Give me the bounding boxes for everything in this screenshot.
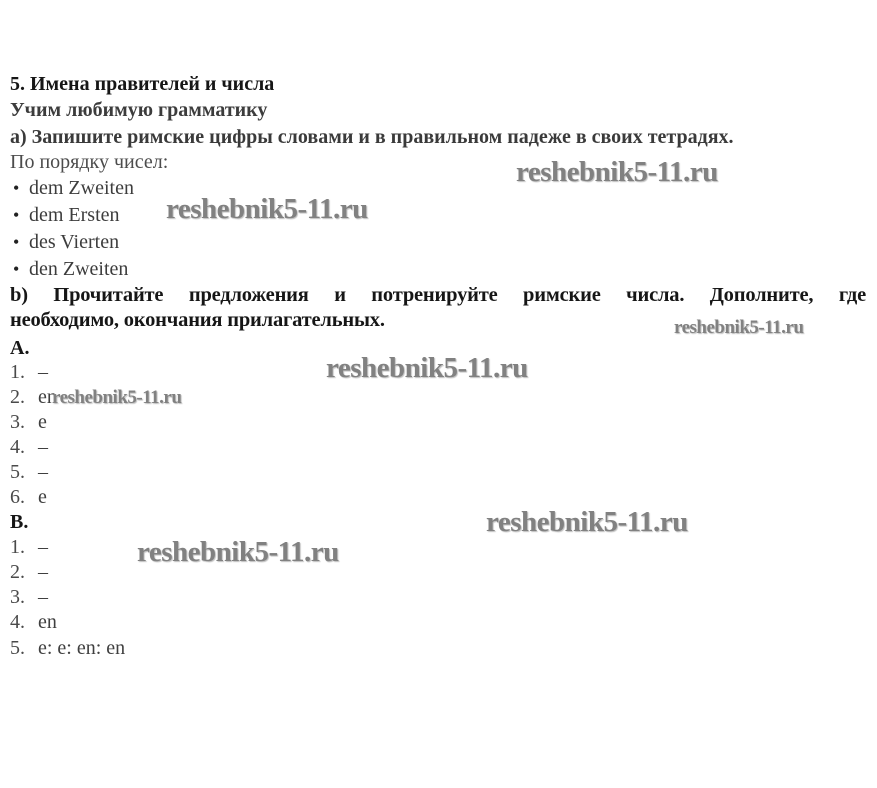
answer-value: – — [38, 461, 48, 483]
task-b-heading-line2: необходимо, окончания прилагательных. — [10, 309, 385, 332]
answer-number: 5. — [10, 461, 38, 484]
answer-number: 1. — [10, 361, 38, 384]
answer-number: 6. — [10, 486, 38, 509]
answer-value: – — [38, 561, 48, 583]
answer-number: 4. — [10, 611, 38, 634]
bullet-item-label: des Vierten — [29, 231, 119, 253]
bullet-item: •den Zweiten — [13, 258, 128, 281]
answer-value: – — [38, 436, 48, 458]
answer-value: e: e: en: en — [38, 637, 125, 659]
answer-value: e — [38, 411, 47, 433]
bullet-item-label: dem Ersten — [29, 204, 120, 226]
answer-value: en — [38, 611, 57, 633]
bullet-icon: • — [13, 259, 29, 280]
task-a-intro: По порядку чисел: — [10, 151, 168, 174]
answer-item: 3.e — [10, 411, 47, 434]
answer-number: 2. — [10, 386, 38, 409]
task-a-heading: а) Запишите римские цифры словами и в пр… — [10, 126, 734, 149]
bullet-item: •dem Ersten — [13, 204, 120, 227]
document-page: 5. Имена правителей и числа Учим любимую… — [0, 0, 877, 788]
answer-number: 3. — [10, 586, 38, 609]
answer-item: 1.– — [10, 361, 48, 384]
bullet-icon: • — [13, 232, 29, 253]
watermark: reshebnik5-11.ru — [52, 387, 181, 409]
answer-number: 2. — [10, 561, 38, 584]
watermark: reshebnik5-11.ru — [137, 536, 339, 569]
bullet-item-label: dem Zweiten — [29, 177, 134, 199]
answer-item: 2.– — [10, 561, 48, 584]
answer-number: 4. — [10, 436, 38, 459]
answer-value: – — [38, 586, 48, 608]
bullet-icon: • — [13, 205, 29, 226]
answer-item: 5.– — [10, 461, 48, 484]
answer-item: 3.– — [10, 586, 48, 609]
doc-title: 5. Имена правителей и числа — [10, 73, 274, 96]
answer-item: 5.e: e: en: en — [10, 637, 125, 660]
answer-number: 1. — [10, 536, 38, 559]
section-a-label: А. — [10, 337, 29, 360]
answer-item: 6.e — [10, 486, 47, 509]
watermark: reshebnik5-11.ru — [326, 352, 528, 385]
watermark: reshebnik5-11.ru — [674, 317, 803, 339]
bullet-item: •dem Zweiten — [13, 177, 134, 200]
answer-value: e — [38, 486, 47, 508]
bullet-icon: • — [13, 178, 29, 199]
answer-item: 4.– — [10, 436, 48, 459]
answer-item: 2.en — [10, 386, 57, 409]
section-b-label: В. — [10, 511, 28, 534]
answer-number: 3. — [10, 411, 38, 434]
bullet-item-label: den Zweiten — [29, 258, 128, 280]
answer-item: 4.en — [10, 611, 57, 634]
task-b-heading-line1: b) Прочитайте предложения и потренируйте… — [10, 284, 866, 307]
answer-item: 1.– — [10, 536, 48, 559]
answer-value: – — [38, 361, 48, 383]
watermark: reshebnik5-11.ru — [516, 156, 718, 189]
watermark: reshebnik5-11.ru — [486, 506, 688, 539]
answer-number: 5. — [10, 637, 38, 660]
answer-value: – — [38, 536, 48, 558]
doc-subtitle: Учим любимую грамматику — [10, 99, 267, 122]
watermark: reshebnik5-11.ru — [166, 193, 368, 226]
bullet-item: •des Vierten — [13, 231, 119, 254]
